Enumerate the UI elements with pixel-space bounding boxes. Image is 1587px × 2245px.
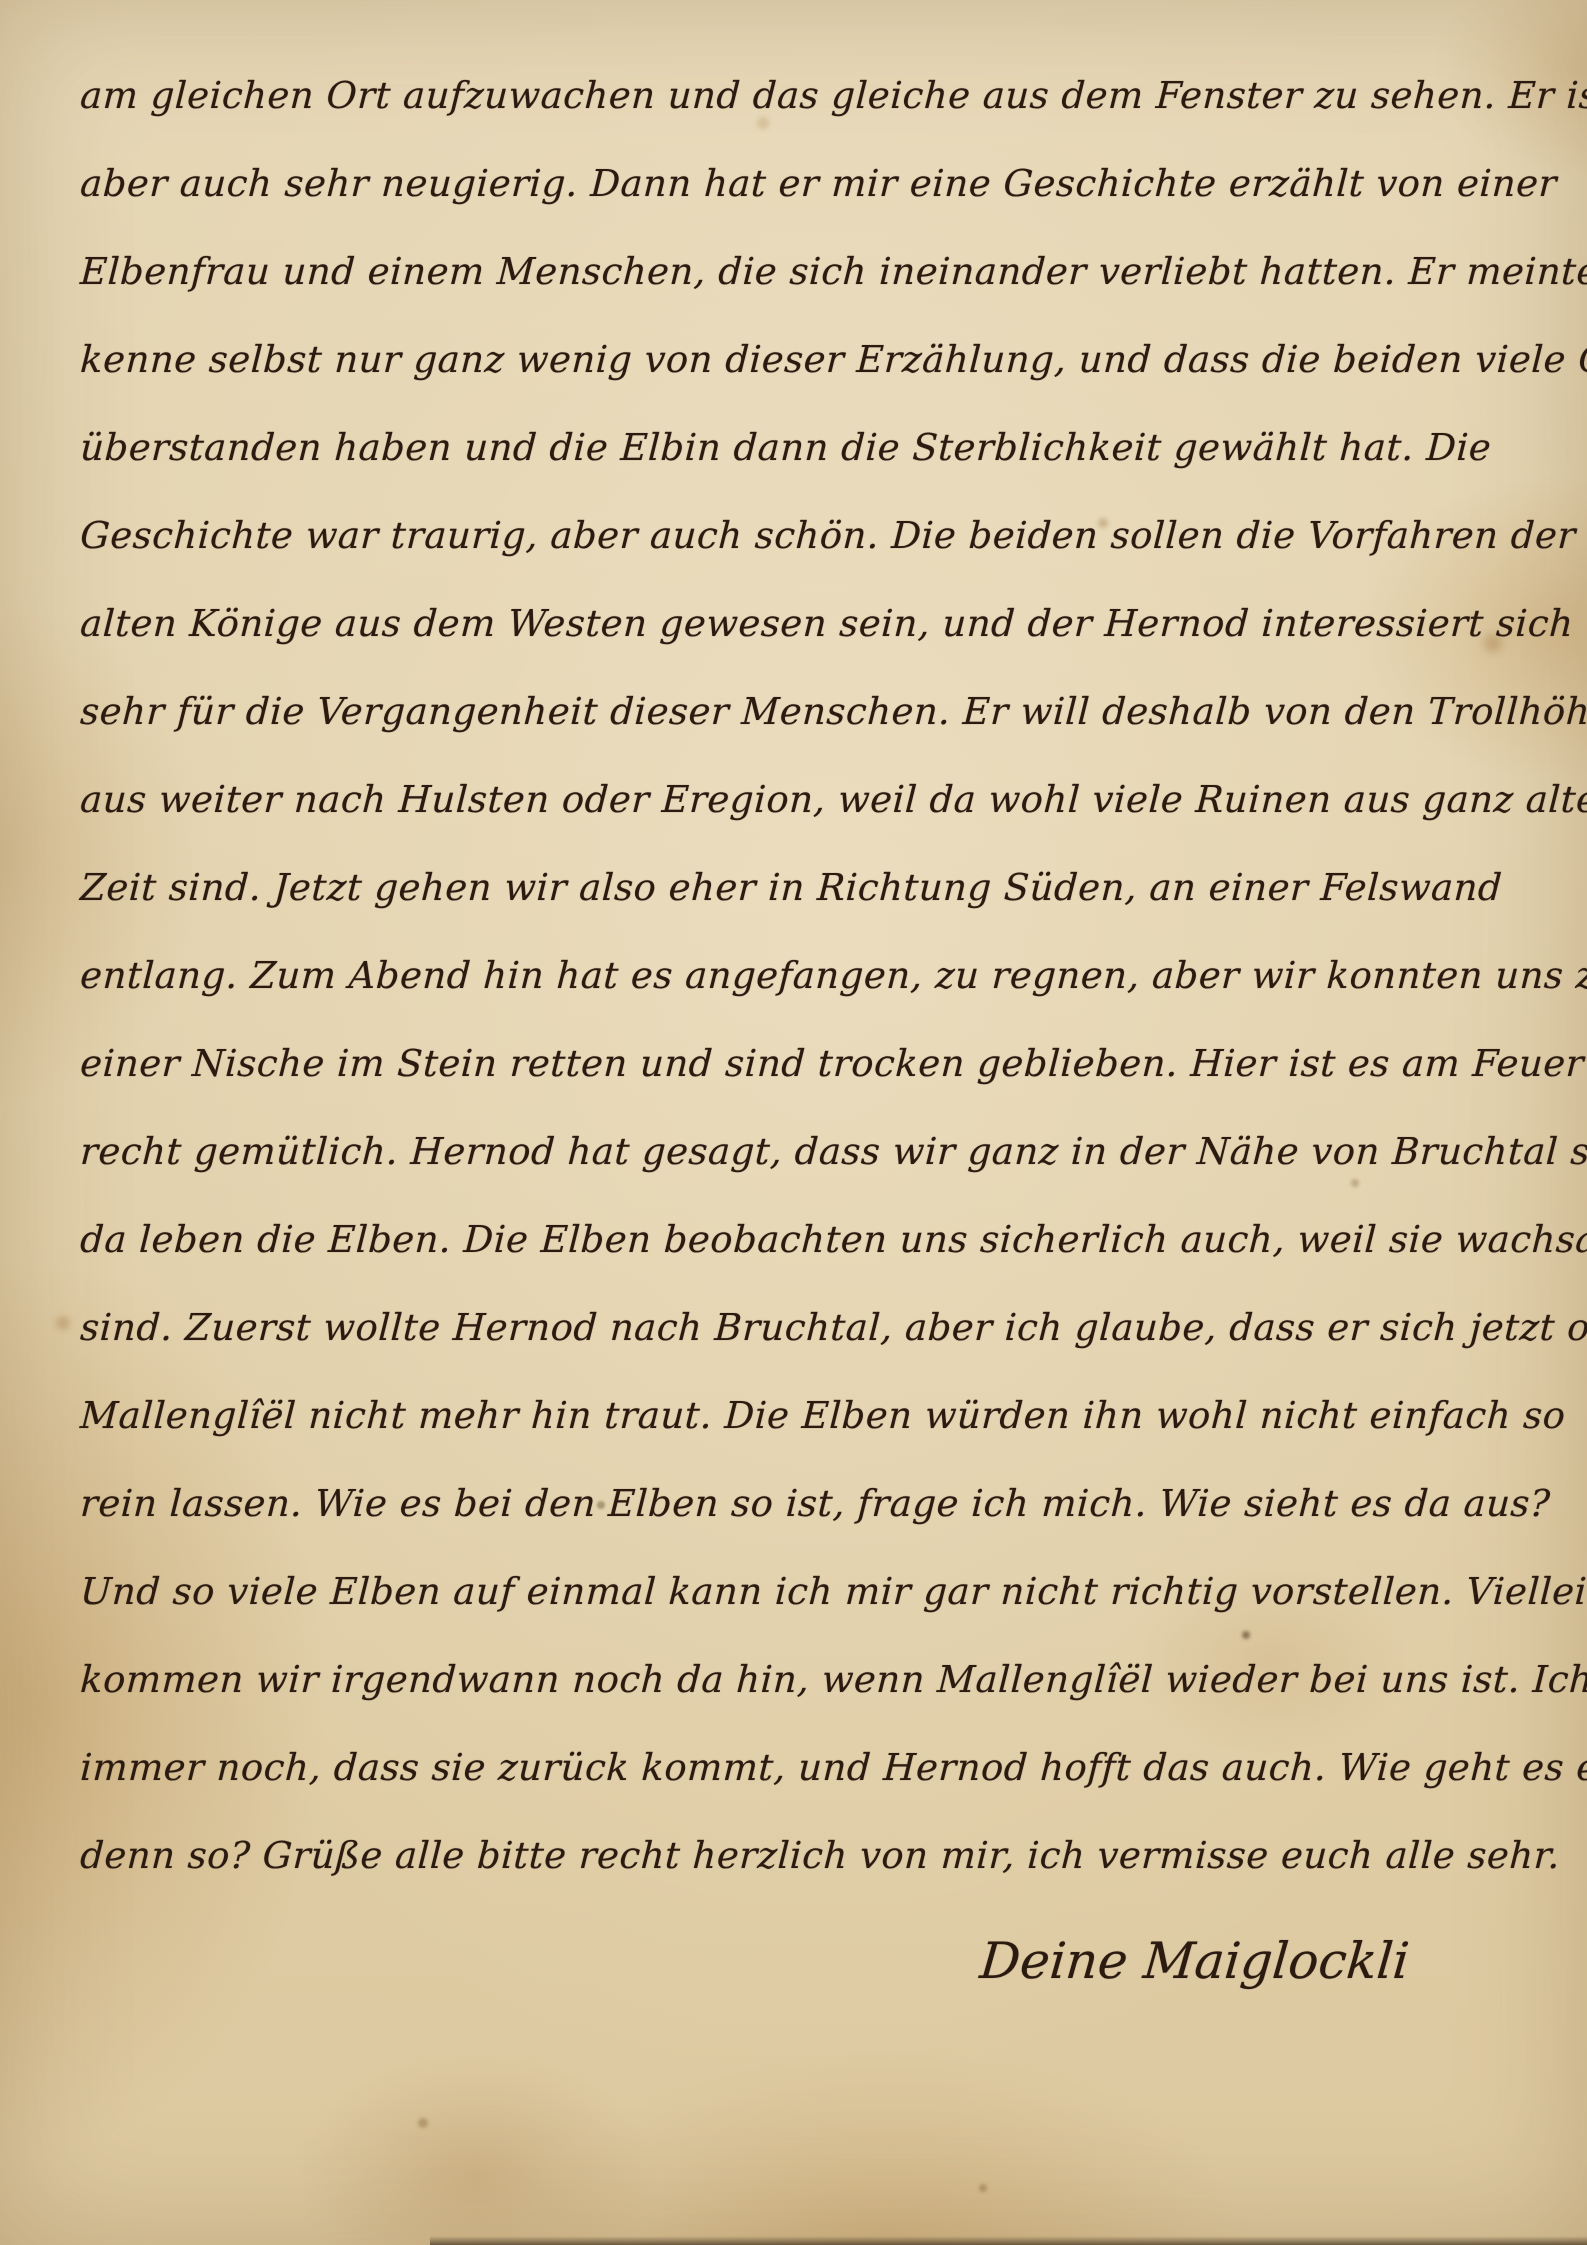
letter-line: entlang. Zum Abend hin hat es angefangen… — [78, 932, 1534, 1020]
letter-line: Zeit sind. Jetzt gehen wir also eher in … — [78, 844, 1534, 932]
letter-line: immer noch, dass sie zurück kommt, und H… — [78, 1724, 1534, 1812]
letter-line: rein lassen. Wie es bei den Elben so ist… — [78, 1460, 1534, 1548]
letter-line: alten Könige aus dem Westen gewesen sein… — [78, 580, 1534, 668]
letter-line: am gleichen Ort aufzuwachen und das glei… — [78, 52, 1534, 140]
letter-line: aber auch sehr neugierig. Dann hat er mi… — [78, 140, 1534, 228]
letter-line: Mallenglîël nicht mehr hin traut. Die El… — [78, 1372, 1534, 1460]
letter-line: kenne selbst nur ganz wenig von dieser E… — [78, 316, 1534, 404]
letter-line: sind. Zuerst wollte Hernod nach Bruchtal… — [78, 1284, 1534, 1372]
page-bottom-edge-shadow — [430, 2236, 1587, 2245]
paper-stain-specks — [0, 0, 6, 6]
letter-line: sehr für die Vergangenheit dieser Mensch… — [78, 668, 1534, 756]
letter-line: denn so? Grüße alle bitte recht herzlich… — [78, 1812, 1534, 1900]
letter-line: aus weiter nach Hulsten oder Eregion, we… — [78, 756, 1534, 844]
parchment-page: am gleichen Ort aufzuwachen und das glei… — [0, 0, 1587, 2245]
letter-line: da leben die Elben. Die Elben beobachten… — [78, 1196, 1534, 1284]
letter-line: Elbenfrau und einem Menschen, die sich i… — [78, 228, 1534, 316]
letter-line: einer Nische im Stein retten und sind tr… — [78, 1020, 1534, 1108]
letter-line: überstanden haben und die Elbin dann die… — [78, 404, 1534, 492]
letter-line: kommen wir irgendwann noch da hin, wenn … — [78, 1636, 1534, 1724]
letter-line: Geschichte war traurig, aber auch schön.… — [78, 492, 1534, 580]
letter-signature: Deine Maiglockli — [0, 1932, 1412, 1990]
letter-line: recht gemütlich. Hernod hat gesagt, dass… — [78, 1108, 1534, 1196]
letter-body: am gleichen Ort aufzuwachen und das glei… — [78, 52, 1529, 1900]
letter-line: Und so viele Elben auf einmal kann ich m… — [78, 1548, 1534, 1636]
